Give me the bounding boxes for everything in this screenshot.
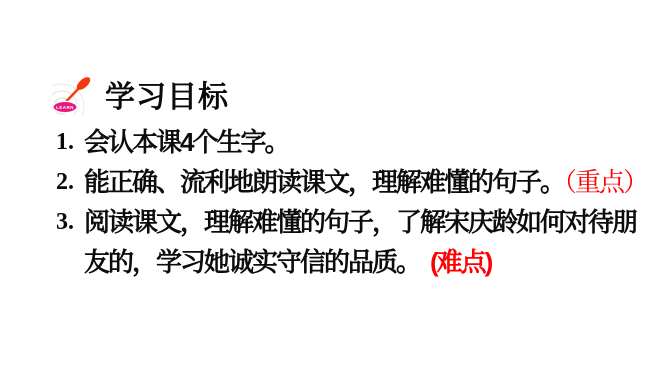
slide: LEARN 学习目标 1. 会认本课4个生字。 2. 能正确、流利地朗读课文，理… xyxy=(0,0,668,376)
item-3-line-1: 阅读课文，理解难懂的句子，了解宋庆龄如何对待朋 xyxy=(84,202,636,242)
key-point-badge: （重点） xyxy=(564,167,647,197)
item-number: 2. xyxy=(56,162,84,202)
item-text: 阅读课文，理解难懂的句子，了解宋庆龄如何对待朋 友的，学习她诚实守信的品质。(难… xyxy=(84,202,636,282)
header: LEARN 学习目标 xyxy=(52,72,229,116)
list-item-3: 3. 阅读课文，理解难懂的句子，了解宋庆龄如何对待朋 友的，学习她诚实守信的品质… xyxy=(56,202,647,282)
item-1-body: 会认本课4个生字。 xyxy=(84,127,288,157)
item-2-body: 能正确、流利地朗读课文，理解难懂的句子。 xyxy=(84,167,564,197)
difficult-point-badge: (难点) xyxy=(430,247,491,277)
list-item-2: 2. 能正确、流利地朗读课文，理解难懂的句子。（重点） xyxy=(56,162,647,202)
item-3-body: 友的，学习她诚实守信的品质。 xyxy=(84,247,420,277)
page-title: 学习目标 xyxy=(105,72,229,116)
list-item-1: 1. 会认本课4个生字。 xyxy=(56,122,647,162)
item-text: 会认本课4个生字。 xyxy=(84,122,288,162)
item-number: 1. xyxy=(56,122,84,162)
item-3-line-2: 友的，学习她诚实守信的品质。(难点) xyxy=(84,242,636,282)
item-number: 3. xyxy=(56,202,84,242)
learn-badge-label: LEARN xyxy=(56,105,74,110)
item-text: 能正确、流利地朗读课文，理解难懂的句子。（重点） xyxy=(84,162,647,202)
learn-dart-icon: LEARN xyxy=(52,73,96,115)
goals-list: 1. 会认本课4个生字。 2. 能正确、流利地朗读课文，理解难懂的句子。（重点）… xyxy=(56,122,647,282)
